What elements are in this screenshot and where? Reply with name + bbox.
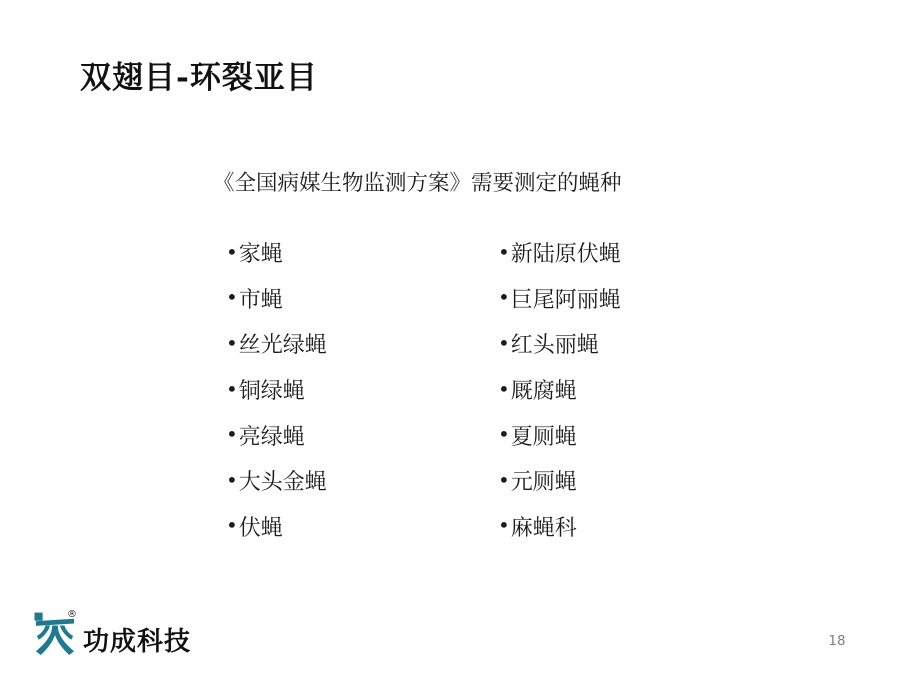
company-logo: ® 功成科技 [34, 609, 191, 658]
list-item: •元厕蝇 [498, 458, 738, 504]
presentation-slide: 双翅目-环裂亚目 《全国病媒生物监测方案》需要测定的蝇种 •家蝇 •市蝇 •丝光… [0, 0, 900, 675]
fly-species-lists: •家蝇 •市蝇 •丝光绿蝇 •铜绿蝇 •亮绿蝇 •大头金蝇 •伏蝇 •新陆原伏蝇… [226, 230, 738, 549]
list-item: •铜绿蝇 [226, 367, 498, 413]
list-item: •伏蝇 [226, 504, 498, 550]
fly-name: 新陆原伏蝇 [511, 237, 621, 268]
fly-name: 亮绿蝇 [239, 420, 305, 451]
list-item: •巨尾阿丽蝇 [498, 276, 738, 322]
list-item: •丝光绿蝇 [226, 321, 498, 367]
fly-list-left: •家蝇 •市蝇 •丝光绿蝇 •铜绿蝇 •亮绿蝇 •大头金蝇 •伏蝇 [226, 230, 498, 549]
bullet-dot: • [226, 377, 238, 401]
fly-name: 丝光绿蝇 [239, 328, 327, 359]
fly-name: 红头丽蝇 [511, 328, 599, 359]
fly-name: 大头金蝇 [239, 465, 327, 496]
list-item: •大头金蝇 [226, 458, 498, 504]
company-logo-icon: ® [34, 609, 80, 658]
fly-name: 家蝇 [239, 237, 283, 268]
bullet-dot: • [226, 240, 238, 264]
bullet-dot: • [498, 513, 510, 537]
fly-name: 铜绿蝇 [239, 374, 305, 405]
bullet-dot: • [498, 422, 510, 446]
list-item: •夏厕蝇 [498, 412, 738, 458]
fly-name: 伏蝇 [239, 511, 283, 542]
list-item: •麻蝇科 [498, 504, 738, 550]
bullet-dot: • [498, 331, 510, 355]
company-name: 功成科技 [83, 629, 191, 658]
list-item: •亮绿蝇 [226, 412, 498, 458]
fly-name: 麻蝇科 [511, 511, 577, 542]
bullet-dot: • [226, 468, 238, 492]
list-item: •家蝇 [226, 230, 498, 276]
bullet-dot: • [226, 331, 238, 355]
slide-subtitle: 《全国病媒生物监测方案》需要测定的蝇种 [213, 166, 622, 197]
bullet-dot: • [498, 377, 510, 401]
list-item: •新陆原伏蝇 [498, 230, 738, 276]
fly-name: 厩腐蝇 [511, 374, 577, 405]
bullet-dot: • [226, 513, 238, 537]
page-number: 18 [822, 633, 852, 649]
bullet-dot: • [226, 285, 238, 309]
list-item: •厩腐蝇 [498, 367, 738, 413]
bullet-dot: • [498, 468, 510, 492]
list-item: •红头丽蝇 [498, 321, 738, 367]
fly-name: 元厕蝇 [511, 465, 577, 496]
bullet-dot: • [498, 285, 510, 309]
bullet-dot: • [226, 422, 238, 446]
bullet-dot: • [498, 240, 510, 264]
fly-name: 市蝇 [239, 283, 283, 314]
slide-title: 双翅目-环裂亚目 [80, 52, 318, 97]
fly-name: 巨尾阿丽蝇 [511, 283, 621, 314]
fly-list-right: •新陆原伏蝇 •巨尾阿丽蝇 •红头丽蝇 •厩腐蝇 •夏厕蝇 •元厕蝇 •麻蝇科 [498, 230, 738, 549]
list-item: •市蝇 [226, 276, 498, 322]
fly-name: 夏厕蝇 [511, 420, 577, 451]
registered-trademark-symbol: ® [67, 609, 77, 620]
